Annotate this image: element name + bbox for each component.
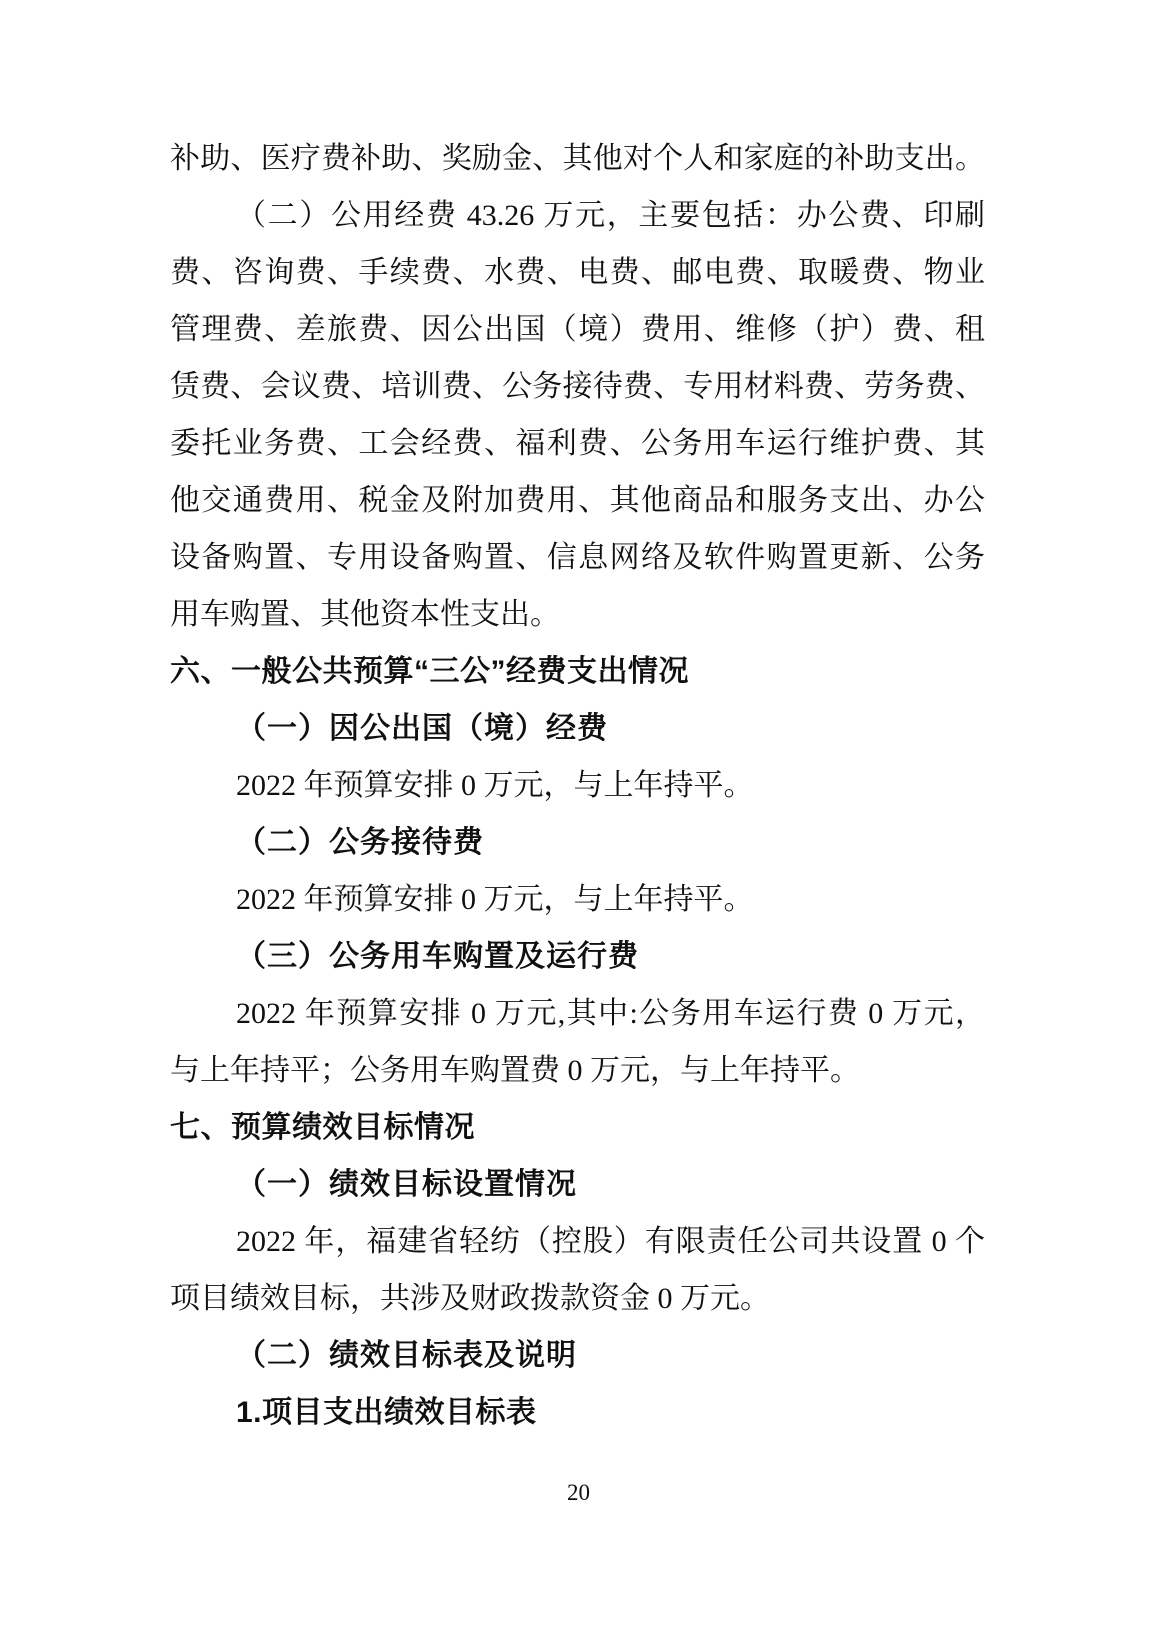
body-line: 他交通费用、税金及附加费用、其他商品和服务支出、办公	[170, 472, 985, 529]
body-line: （二）公用经费 43.26 万元，主要包括：办公费、印刷	[170, 187, 985, 244]
document-page: 补助、医疗费补助、奖励金、其他对个人和家庭的补助支出。 （二）公用经费 43.2…	[0, 0, 1157, 1637]
subsection-heading: （三）公务用车购置及运行费	[170, 928, 985, 985]
page-number: 20	[0, 1478, 1157, 1508]
subsection-heading: 1.项目支出绩效目标表	[170, 1384, 985, 1441]
body-line: 2022 年预算安排 0 万元，与上年持平。	[170, 871, 985, 928]
subsection-heading: （二）绩效目标表及说明	[170, 1327, 985, 1384]
body-line: 用车购置、其他资本性支出。	[170, 586, 985, 643]
section-heading: 六、一般公共预算“三公”经费支出情况	[170, 643, 985, 700]
body-line: 2022 年预算安排 0 万元，与上年持平。	[170, 757, 985, 814]
subsection-heading: （一）因公出国（境）经费	[170, 700, 985, 757]
body-line: 管理费、差旅费、因公出国（境）费用、维修（护）费、租	[170, 301, 985, 358]
body-line: 补助、医疗费补助、奖励金、其他对个人和家庭的补助支出。	[170, 130, 985, 187]
body-line: 2022 年预算安排 0 万元,其中:公务用车运行费 0 万元，	[170, 985, 985, 1042]
section-heading: 七、预算绩效目标情况	[170, 1099, 985, 1156]
body-line: 2022 年，福建省轻纺（控股）有限责任公司共设置 0 个	[170, 1213, 985, 1270]
body-line: 项目绩效目标，共涉及财政拨款资金 0 万元。	[170, 1270, 985, 1327]
body-line: 费、咨询费、手续费、水费、电费、邮电费、取暖费、物业	[170, 244, 985, 301]
body-line: 设备购置、专用设备购置、信息网络及软件购置更新、公务	[170, 529, 985, 586]
subsection-heading: （一）绩效目标设置情况	[170, 1156, 985, 1213]
body-line: 与上年持平；公务用车购置费 0 万元，与上年持平。	[170, 1042, 985, 1099]
body-line: 委托业务费、工会经费、福利费、公务用车运行维护费、其	[170, 415, 985, 472]
body-line: 赁费、会议费、培训费、公务接待费、专用材料费、劳务费、	[170, 358, 985, 415]
subsection-heading: （二）公务接待费	[170, 814, 985, 871]
text-block: 补助、医疗费补助、奖励金、其他对个人和家庭的补助支出。 （二）公用经费 43.2…	[170, 130, 985, 1441]
